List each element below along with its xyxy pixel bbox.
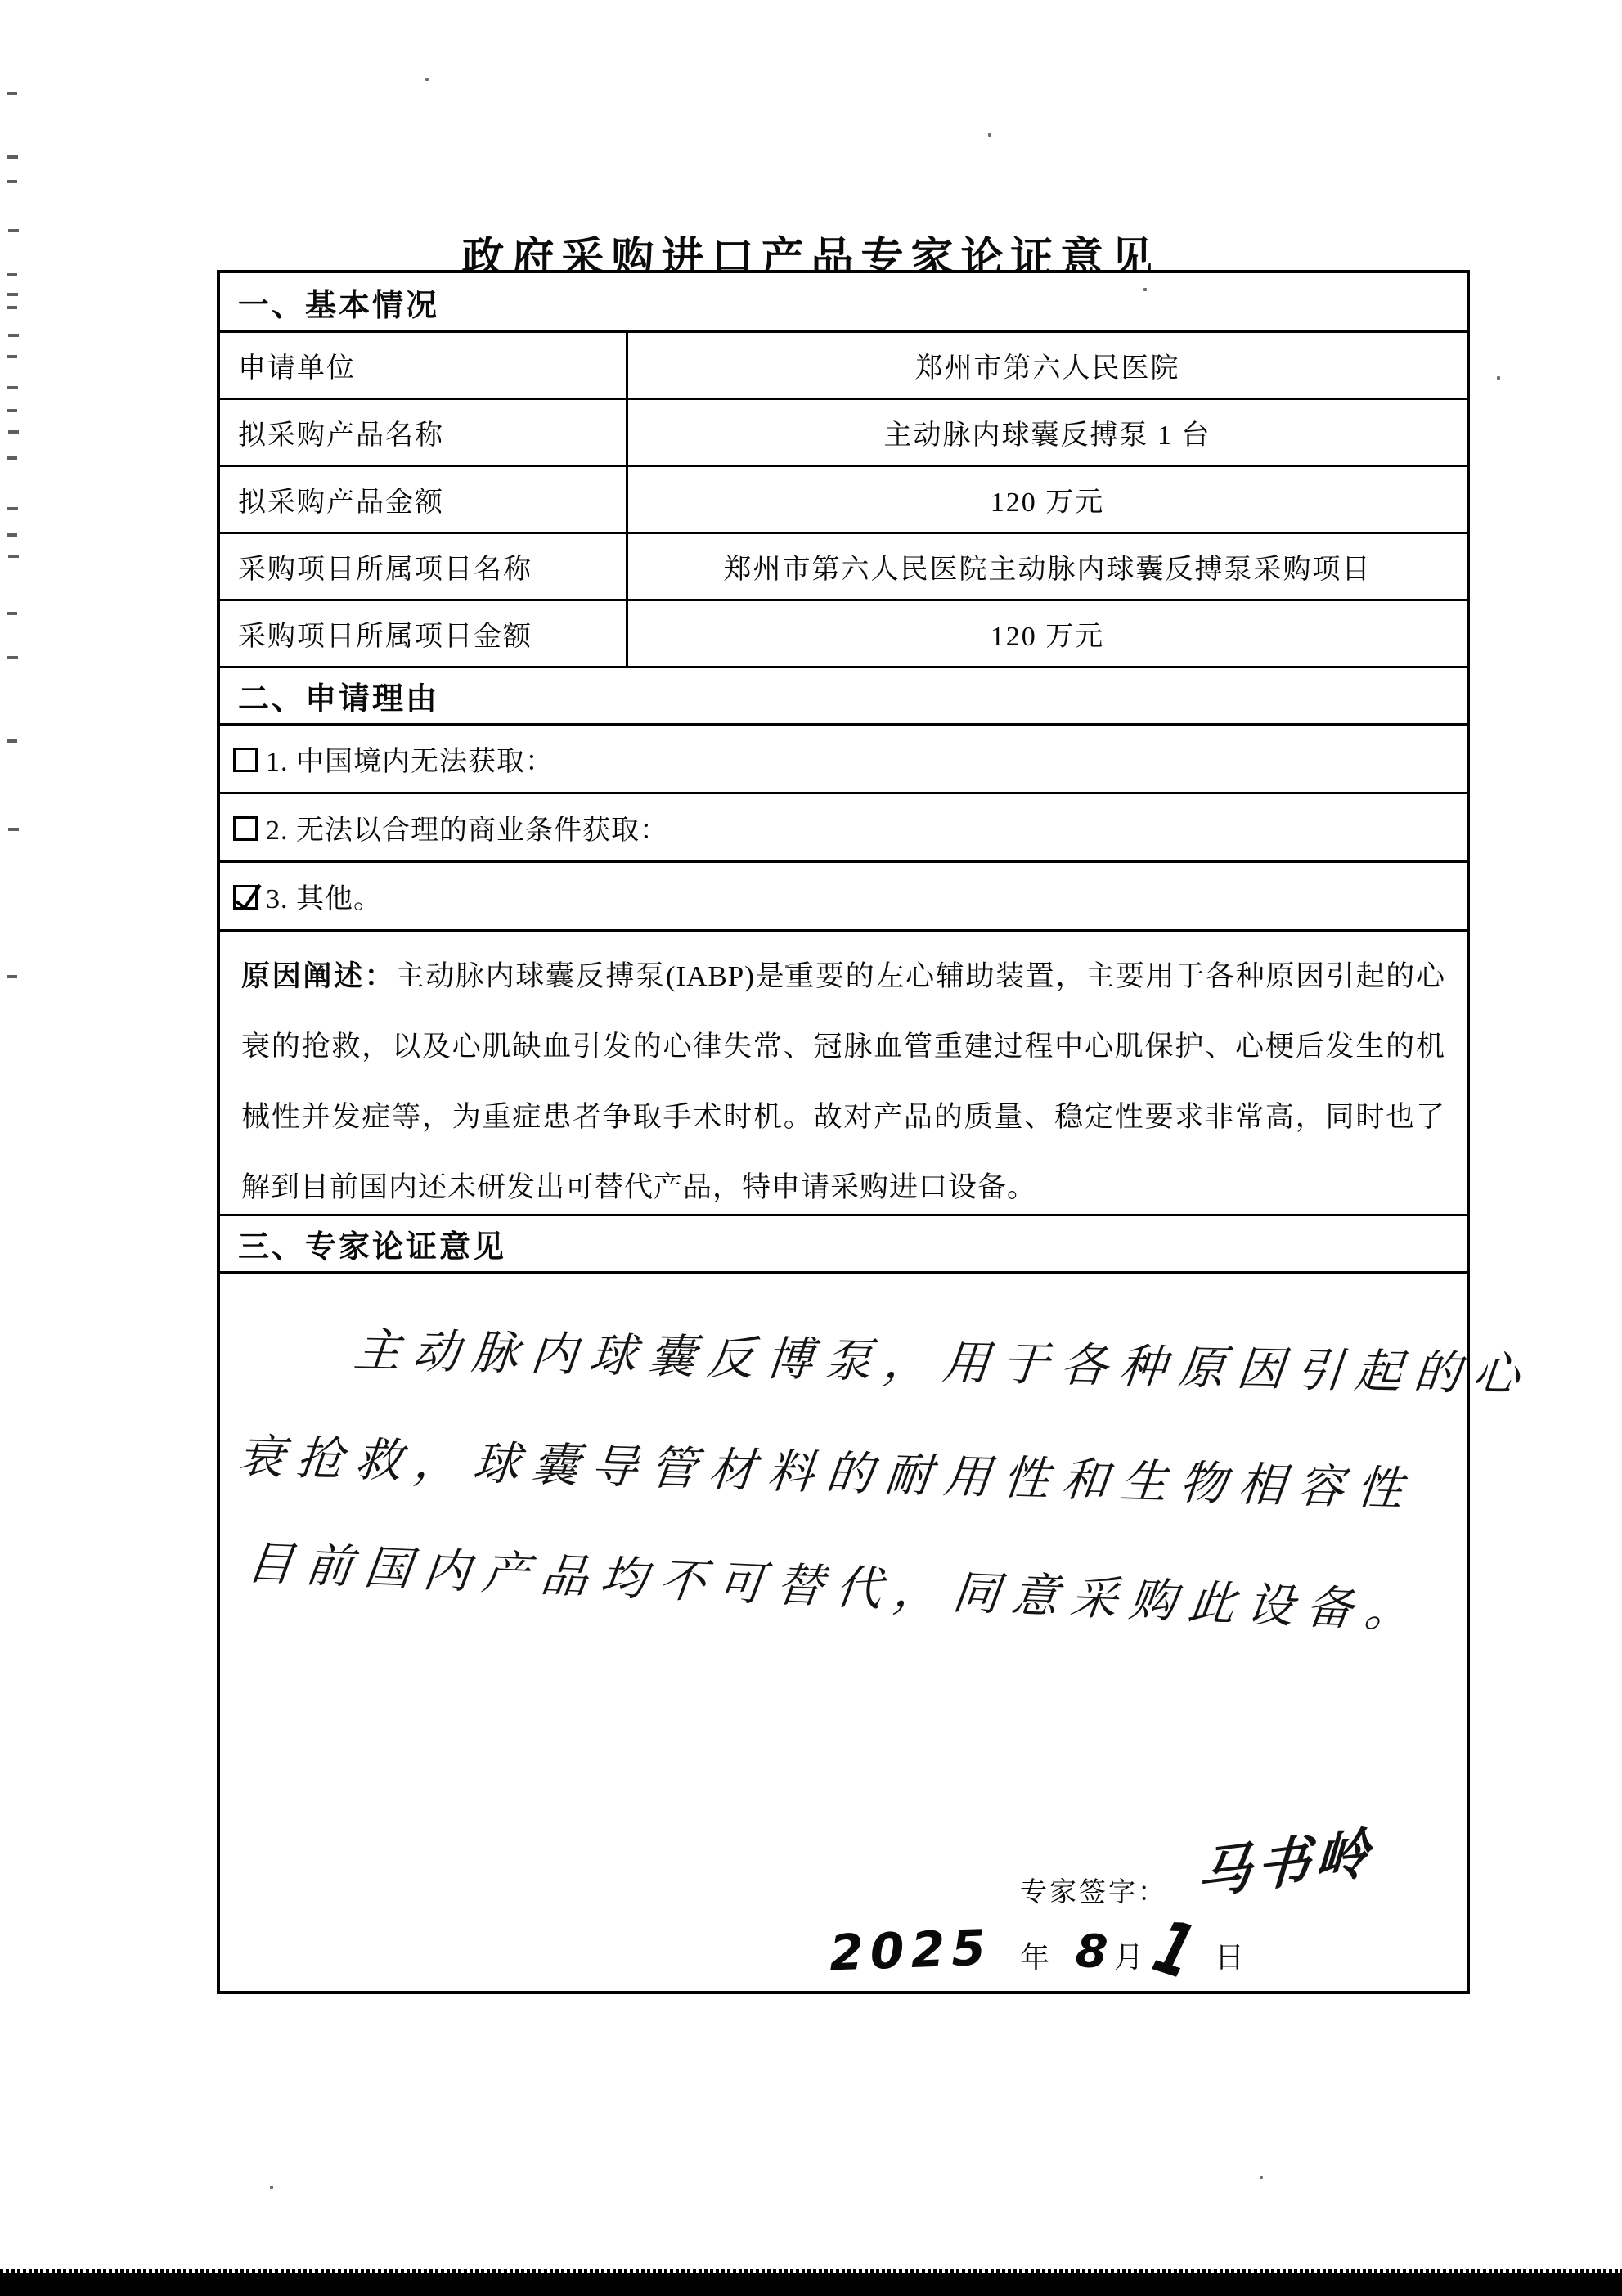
reason-statement-text: 主动脉内球囊反搏泵(IABP)是重要的左心辅助装置，主要用于各种原因引起的心衰的…: [241, 960, 1445, 1203]
table-row: 拟采购产品金额 120 万元: [220, 465, 1467, 532]
scan-speck: [1260, 2176, 1263, 2179]
scan-speck: [785, 965, 789, 968]
reason-option-label: 3. 其他。: [266, 876, 382, 916]
row-label-project-amount: 采购项目所属项目金额: [220, 601, 626, 666]
scan-speck: [1143, 288, 1147, 291]
month-unit-label: 月: [1114, 1934, 1145, 1976]
scan-edge-marks: [7, 92, 17, 95]
table-row: 拟采购产品名称 主动脉内球囊反搏泵 1 台: [220, 398, 1467, 465]
row-value-product-name: 主动脉内球囊反搏泵 1 台: [626, 400, 1467, 465]
row-value-product-amount: 120 万元: [626, 467, 1467, 532]
checkbox-unchecked-icon: [233, 816, 258, 841]
section2-header: 二、申请理由: [220, 666, 1467, 723]
scan-speck: [988, 133, 991, 137]
scan-speck: [1497, 376, 1500, 380]
scan-speck: [270, 2186, 273, 2189]
checkbox-checked-icon: [233, 885, 258, 910]
reason-option-label: 1. 中国境内无法获取：: [266, 739, 554, 779]
row-label-product-name: 拟采购产品名称: [220, 400, 626, 465]
row-value-project-amount: 120 万元: [626, 601, 1467, 666]
expert-signature-label: 专家签字：: [1020, 1871, 1167, 1909]
checkbox-unchecked-icon: [233, 748, 258, 772]
handwritten-day: 1: [1144, 1903, 1206, 1997]
form-table: 一、基本情况 申请单位 郑州市第六人民医院 拟采购产品名称 主动脉内球囊反搏泵 …: [217, 270, 1470, 1994]
handwritten-year: 2025: [829, 1920, 993, 1983]
handwritten-opinion-line: 衰抢救，球囊导管材料的耐用性和生物相容性: [235, 1419, 1418, 1519]
handwritten-signature: 马书岭: [1196, 1808, 1375, 1909]
row-value-project-name: 郑州市第六人民医院主动脉内球囊反搏泵采购项目: [626, 534, 1467, 599]
year-unit-label: 年: [1020, 1934, 1051, 1976]
reason-option-row: 1. 中国境内无法获取：: [220, 723, 1467, 792]
table-row: 申请单位 郑州市第六人民医院: [220, 330, 1467, 398]
handwritten-opinion-line: 目前国内产品均不可替代，同意采购此设备。: [244, 1525, 1428, 1642]
reason-option-row: 2. 无法以合理的商业条件获取：: [220, 792, 1467, 860]
reason-statement-cell: 原因阐述：主动脉内球囊反搏泵(IABP)是重要的左心辅助装置，主要用于各种原因引…: [220, 929, 1467, 1214]
section3-header: 三、专家论证意见: [220, 1214, 1467, 1271]
row-label-product-amount: 拟采购产品金额: [220, 467, 626, 532]
handwritten-opinion-line: 主动脉内球囊反博泵，用于各种原因引起的心: [352, 1313, 1535, 1404]
reason-statement-label: 原因阐述：: [241, 960, 396, 992]
row-label-applicant: 申请单位: [220, 333, 626, 398]
scan-bottom-bar: [0, 2273, 1622, 2296]
row-value-applicant: 郑州市第六人民医院: [626, 333, 1467, 398]
reason-option-row: 3. 其他。: [220, 860, 1467, 929]
table-row: 采购项目所属项目名称 郑州市第六人民医院主动脉内球囊反搏泵采购项目: [220, 532, 1467, 599]
table-row: 采购项目所属项目金额 120 万元: [220, 599, 1467, 666]
document-page: 政府采购进口产品专家论证意见 一、基本情况 申请单位 郑州市第六人民医院 拟采购…: [0, 0, 1622, 2296]
day-unit-label: 日: [1215, 1934, 1246, 1976]
date-line: 2025 年 8 月 1 日: [829, 1920, 1246, 1979]
row-label-project-name: 采购项目所属项目名称: [220, 534, 626, 599]
reason-option-label: 2. 无法以合理的商业条件获取：: [266, 807, 668, 847]
expert-opinion-cell: 主动脉内球囊反博泵，用于各种原因引起的心 衰抢救，球囊导管材料的耐用性和生物相容…: [220, 1271, 1467, 1991]
handwritten-month: 8: [1074, 1925, 1111, 1980]
scan-speck: [425, 78, 429, 81]
section1-header: 一、基本情况: [220, 273, 1467, 330]
